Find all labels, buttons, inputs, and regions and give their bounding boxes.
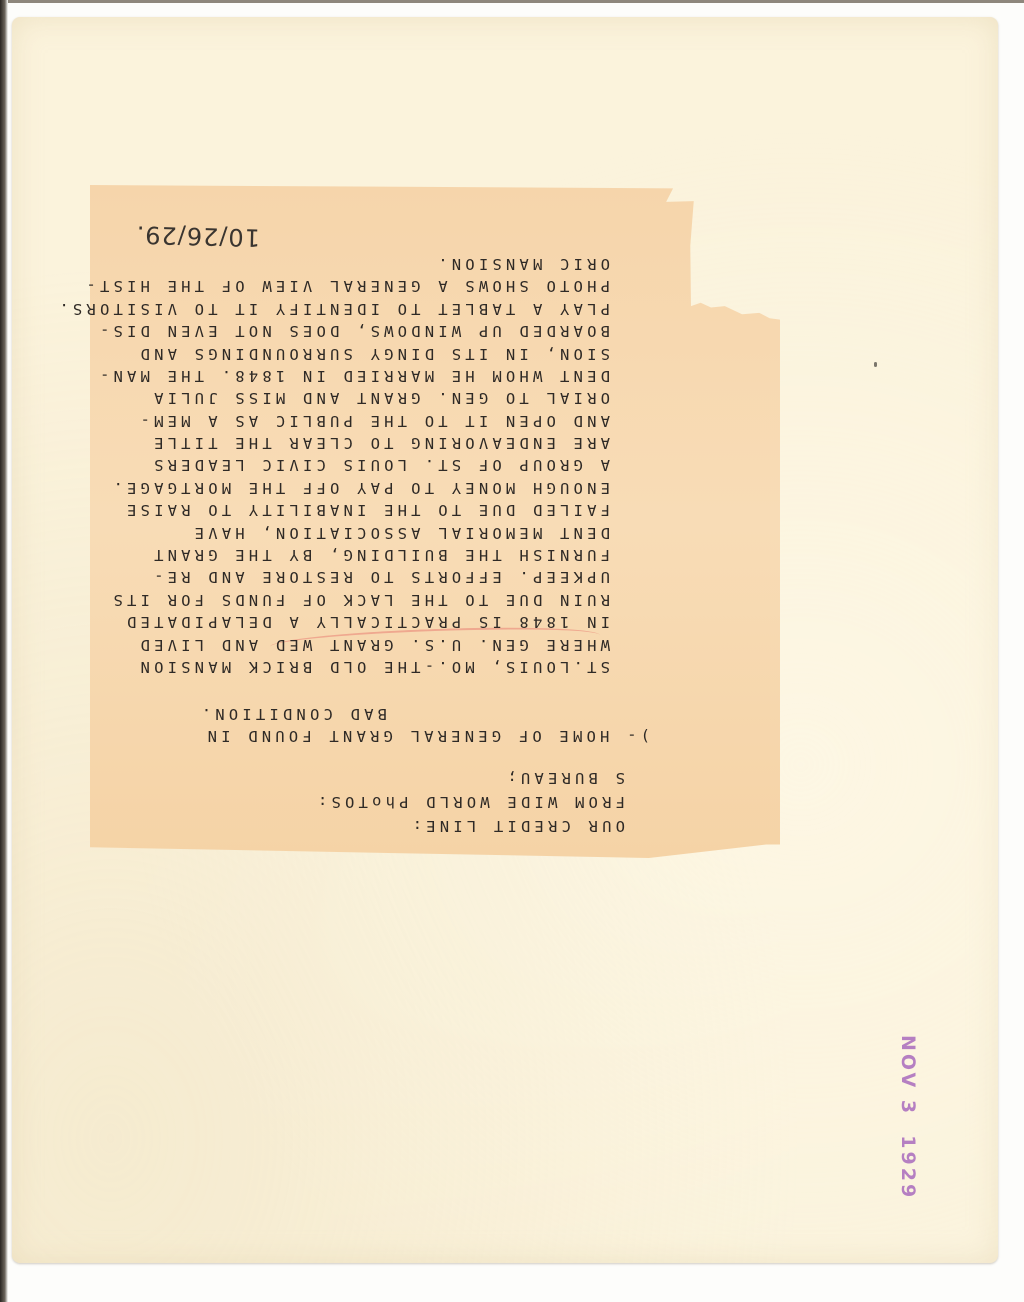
handwritten-date: 10/26/29. [135,222,260,249]
body-line: AND OPEN IT TO THE PUBLIC AS A MEM- [90,409,610,431]
headline-line-1: )- HOME OF GENERAL GRANT FOUND IN [203,724,650,748]
body-line: SION, IN ITS DINGY SURROUNDINGS AND [90,342,610,364]
credit-line-3: S BUREAU; [503,766,625,790]
body-line: IN 1848 IS PRACTICALLY A DELAPIDATED [90,611,610,633]
body-line: FAILED DUE TO THE INABILITY TO RAISE [90,499,610,521]
body-line: ORIAL TO GEN. GRANT AND MISS JULIA [90,387,610,409]
body-line: WHERE GEN. U.S. GRANT WED AND LIVED [90,633,610,655]
body-line: DENT MEMORIAL ASSOCIATION, HAVE [90,521,610,543]
scan-edge-left [0,0,8,1302]
paper-speck [874,362,877,367]
press-clipping: OUR CREDIT LINE: FROM WIDE WORLD PhoTOS:… [90,185,780,858]
body-line: ORIC MANSION. [90,253,610,275]
body-line: PLAY A TABLET TO IDENTIFY IT TO VISITORS… [90,297,610,319]
credit-line-1: OUR CREDIT LINE: [408,814,625,838]
body-line: ENOUGH MONEY TO PAY OFF THE MORTGAGE. [90,476,610,498]
body-line: UPKEEP. EFFORTS TO RESTORE AND RE- [90,566,610,588]
headline-line-2: BAD CONDITION. [198,702,387,726]
body-line: ST.LOUIS, MO.-THE OLD BRICK MANSION [90,656,610,678]
body-line: ARE ENDEAVORING TO CLEAR THE TITLE [90,432,610,454]
received-date-stamp: NOV 3 1929 [897,1035,919,1200]
scan-edge-top [0,0,1024,3]
body-line: FURNISH THE BUILDING, BY THE GRANT [90,544,610,566]
credit-line-2: FROM WIDE WORLD PhoTOS: [314,790,625,814]
clipping-text: OUR CREDIT LINE: FROM WIDE WORLD PhoTOS:… [90,185,780,858]
body-line: A GROUP OF ST. LOUIS CIVIC LEADERS [90,454,610,476]
caption-body: ST.LOUIS, MO.-THE OLD BRICK MANSION WHER… [90,253,610,678]
body-line: RUIN DUE TO THE LACK OF FUNDS FOR ITS [90,588,610,610]
body-line: BOARDED UP WINDOWS, DOES NOT EVEN DIS- [90,320,610,342]
body-line: DENT WHOM HE MARRIED IN 1848. THE MAN- [90,365,610,387]
body-line: PHOTO SHOWS A GENERAL VIEW OF THE HIST- [90,275,610,297]
